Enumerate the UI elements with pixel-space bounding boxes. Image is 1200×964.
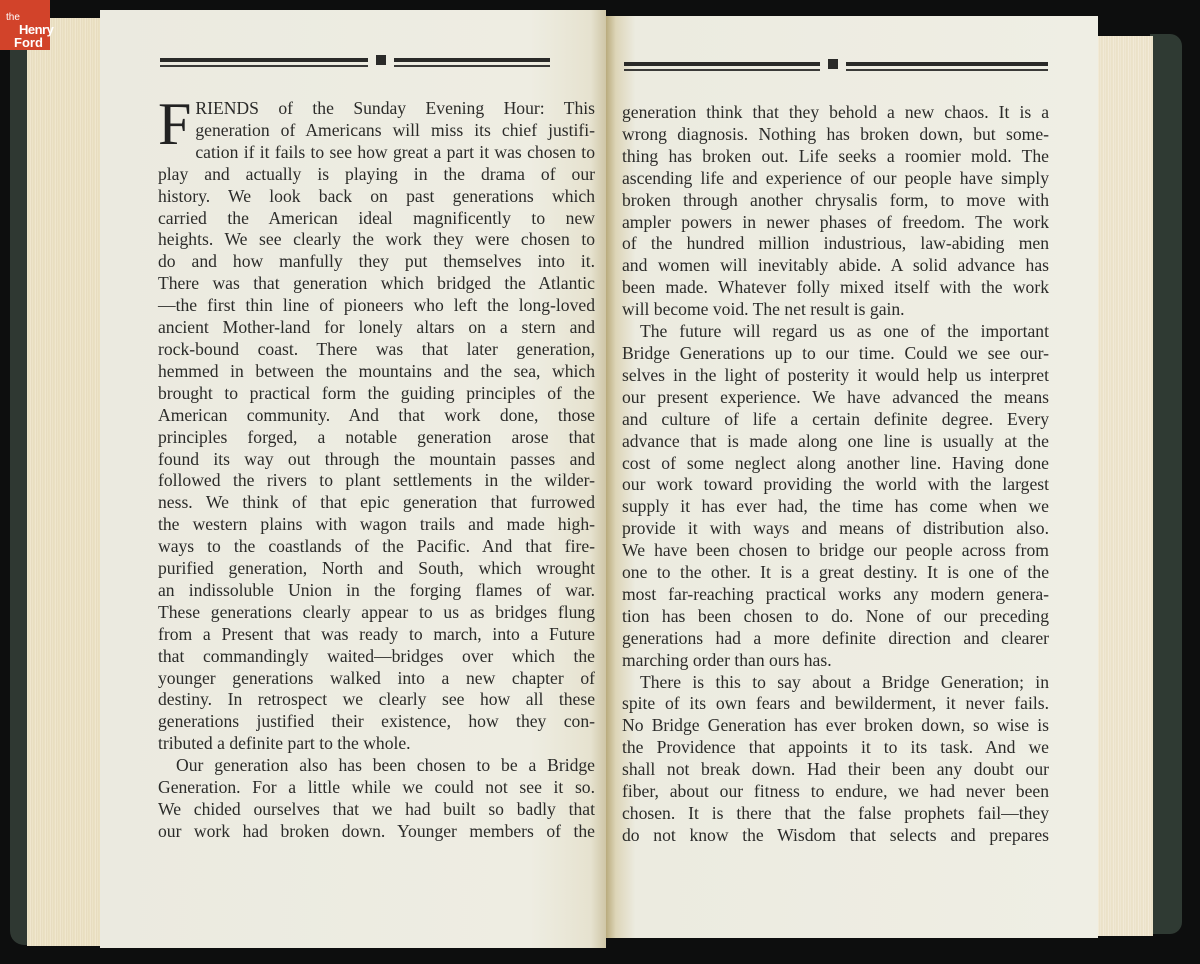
text-line: and culture of life a certain definite d… [622, 409, 1049, 431]
right-page-body: generation think that they behold a new … [622, 102, 1049, 847]
text-line: found its way out through the mountain p… [158, 449, 595, 471]
text-line: The future will regard us as one of the … [622, 321, 1049, 343]
text-line: generations justified their existence, h… [158, 711, 595, 733]
text-line: ways to the coastlands of the Pacific. A… [158, 536, 595, 558]
text-line: shall not break down. Had their been any… [622, 759, 1049, 781]
text-line: generation think that they behold a new … [622, 102, 1049, 124]
drop-cap: F [158, 102, 191, 146]
text-line: brought to practical form the guiding pr… [158, 383, 595, 405]
text-line: younger generations walked into a new ch… [158, 668, 595, 690]
text-line: ancient Mother-land for lonely altars on… [158, 317, 595, 339]
text-line: We chided ourselves that we had built so… [158, 799, 595, 821]
text-line: ascending life and experience of our peo… [622, 168, 1049, 190]
text-line: There was that generation which bridged … [158, 273, 595, 295]
text-line: purified generation, North and South, wh… [158, 558, 595, 580]
text-line: of the hundred million industrious, law-… [622, 233, 1049, 255]
text-line: that commandingly waited—bridges over wh… [158, 646, 595, 668]
text-line: principles forged, a notable generation … [158, 427, 595, 449]
header-rule-left [160, 58, 550, 78]
text-line: one to the other. It is a great destiny.… [622, 562, 1049, 584]
right-page: generation think that they behold a new … [606, 16, 1098, 938]
text-line: broken through another chrysalis form, t… [622, 190, 1049, 212]
text-line: our work toward providing the world with… [622, 474, 1049, 496]
text-line: There is this to say about a Bridge Gene… [622, 672, 1049, 694]
text-line: Bridge Generations up to our time. Could… [622, 343, 1049, 365]
text-line: generation of Americans will miss its ch… [158, 120, 595, 142]
text-line: our work had broken down. Younger member… [158, 821, 595, 843]
book-cover-right [1150, 34, 1182, 934]
text-line: hemmed in between the mountains and the … [158, 361, 595, 383]
text-line: will become void. The net result is gain… [622, 299, 1049, 321]
text-line: RIENDS of the Sunday Evening Hour: This [158, 98, 595, 120]
text-line: our present experience. We have advanced… [622, 387, 1049, 409]
text-line: tion has been chosen to do. None of our … [622, 606, 1049, 628]
text-line: generations had a more definite directio… [622, 628, 1049, 650]
text-line: supply it has ever had, the time has com… [622, 496, 1049, 518]
text-line: from a Present that was ready to march, … [158, 624, 595, 646]
logo-ford: Ford [14, 35, 43, 50]
logo-the: the [6, 12, 20, 23]
text-line: Generation. For a little while we could … [158, 777, 595, 799]
text-line: —the first thin line of pioneers who lef… [158, 295, 595, 317]
page-edges-right [1095, 36, 1153, 936]
text-line: No Bridge Generation has ever broken dow… [622, 715, 1049, 737]
text-line: do and how manfully they put themselves … [158, 251, 595, 273]
text-line: been made. Whatever folly mixed itself w… [622, 277, 1049, 299]
text-line: wrong diagnosis. Nothing has broken down… [622, 124, 1049, 146]
text-line: rock-bound coast. There was that later g… [158, 339, 595, 361]
text-line: followed the rivers to plant settlements… [158, 470, 595, 492]
text-line: chosen. It is there that the false proph… [622, 803, 1049, 825]
left-page-body: F RIENDS of the Sunday Evening Hour: Thi… [158, 98, 595, 843]
text-line: cation if it fails to see how great a pa… [158, 142, 595, 164]
text-line: most far-reaching practical works any mo… [622, 584, 1049, 606]
left-page: F RIENDS of the Sunday Evening Hour: Thi… [100, 10, 606, 948]
text-line: the Providence that appoints it to its t… [622, 737, 1049, 759]
text-line: the western plains with wagon trails and… [158, 514, 595, 536]
text-line: carried the American ideal magnificently… [158, 208, 595, 230]
text-line: American community. And that work done, … [158, 405, 595, 427]
text-line: play and actually is playing in the dram… [158, 164, 595, 186]
text-line: advance that is made along one line is u… [622, 431, 1049, 453]
text-line: We have been chosen to bridge our people… [622, 540, 1049, 562]
henry-ford-logo: the Henry Ford [0, 0, 50, 50]
text-line: spite of its own fears and bewilderment,… [622, 693, 1049, 715]
page-edges-left [27, 18, 107, 946]
ornament-square-icon [828, 59, 838, 69]
text-line: do not know the Wisdom that selects and … [622, 825, 1049, 847]
text-line: marching order than ours has. [622, 650, 1049, 672]
text-line: and women will inevitably abide. A solid… [622, 255, 1049, 277]
text-line: Our generation also has been chosen to b… [158, 755, 595, 777]
text-line: fiber, about our fitness to endure, we h… [622, 781, 1049, 803]
text-line: thing has broken out. Life seeks a roomi… [622, 146, 1049, 168]
text-line: ampler powers in newer phases of freedom… [622, 212, 1049, 234]
text-line: cost of some neglect along another line.… [622, 453, 1049, 475]
text-line: These generations clearly appear to us a… [158, 602, 595, 624]
text-line: heights. We see clearly the work they we… [158, 229, 595, 251]
text-line: tributed a definite part to the whole. [158, 733, 595, 755]
ornament-square-icon [376, 55, 386, 65]
text-line: selves in the light of posterity it woul… [622, 365, 1049, 387]
text-line: history. We look back on past generation… [158, 186, 595, 208]
text-line: an indissoluble Union in the forging fla… [158, 580, 595, 602]
header-rule-right [624, 62, 1048, 82]
text-line: ness. We think of that epic generation t… [158, 492, 595, 514]
text-line: provide it with ways and means of distri… [622, 518, 1049, 540]
text-line: destiny. In retrospect we clearly see ho… [158, 689, 595, 711]
